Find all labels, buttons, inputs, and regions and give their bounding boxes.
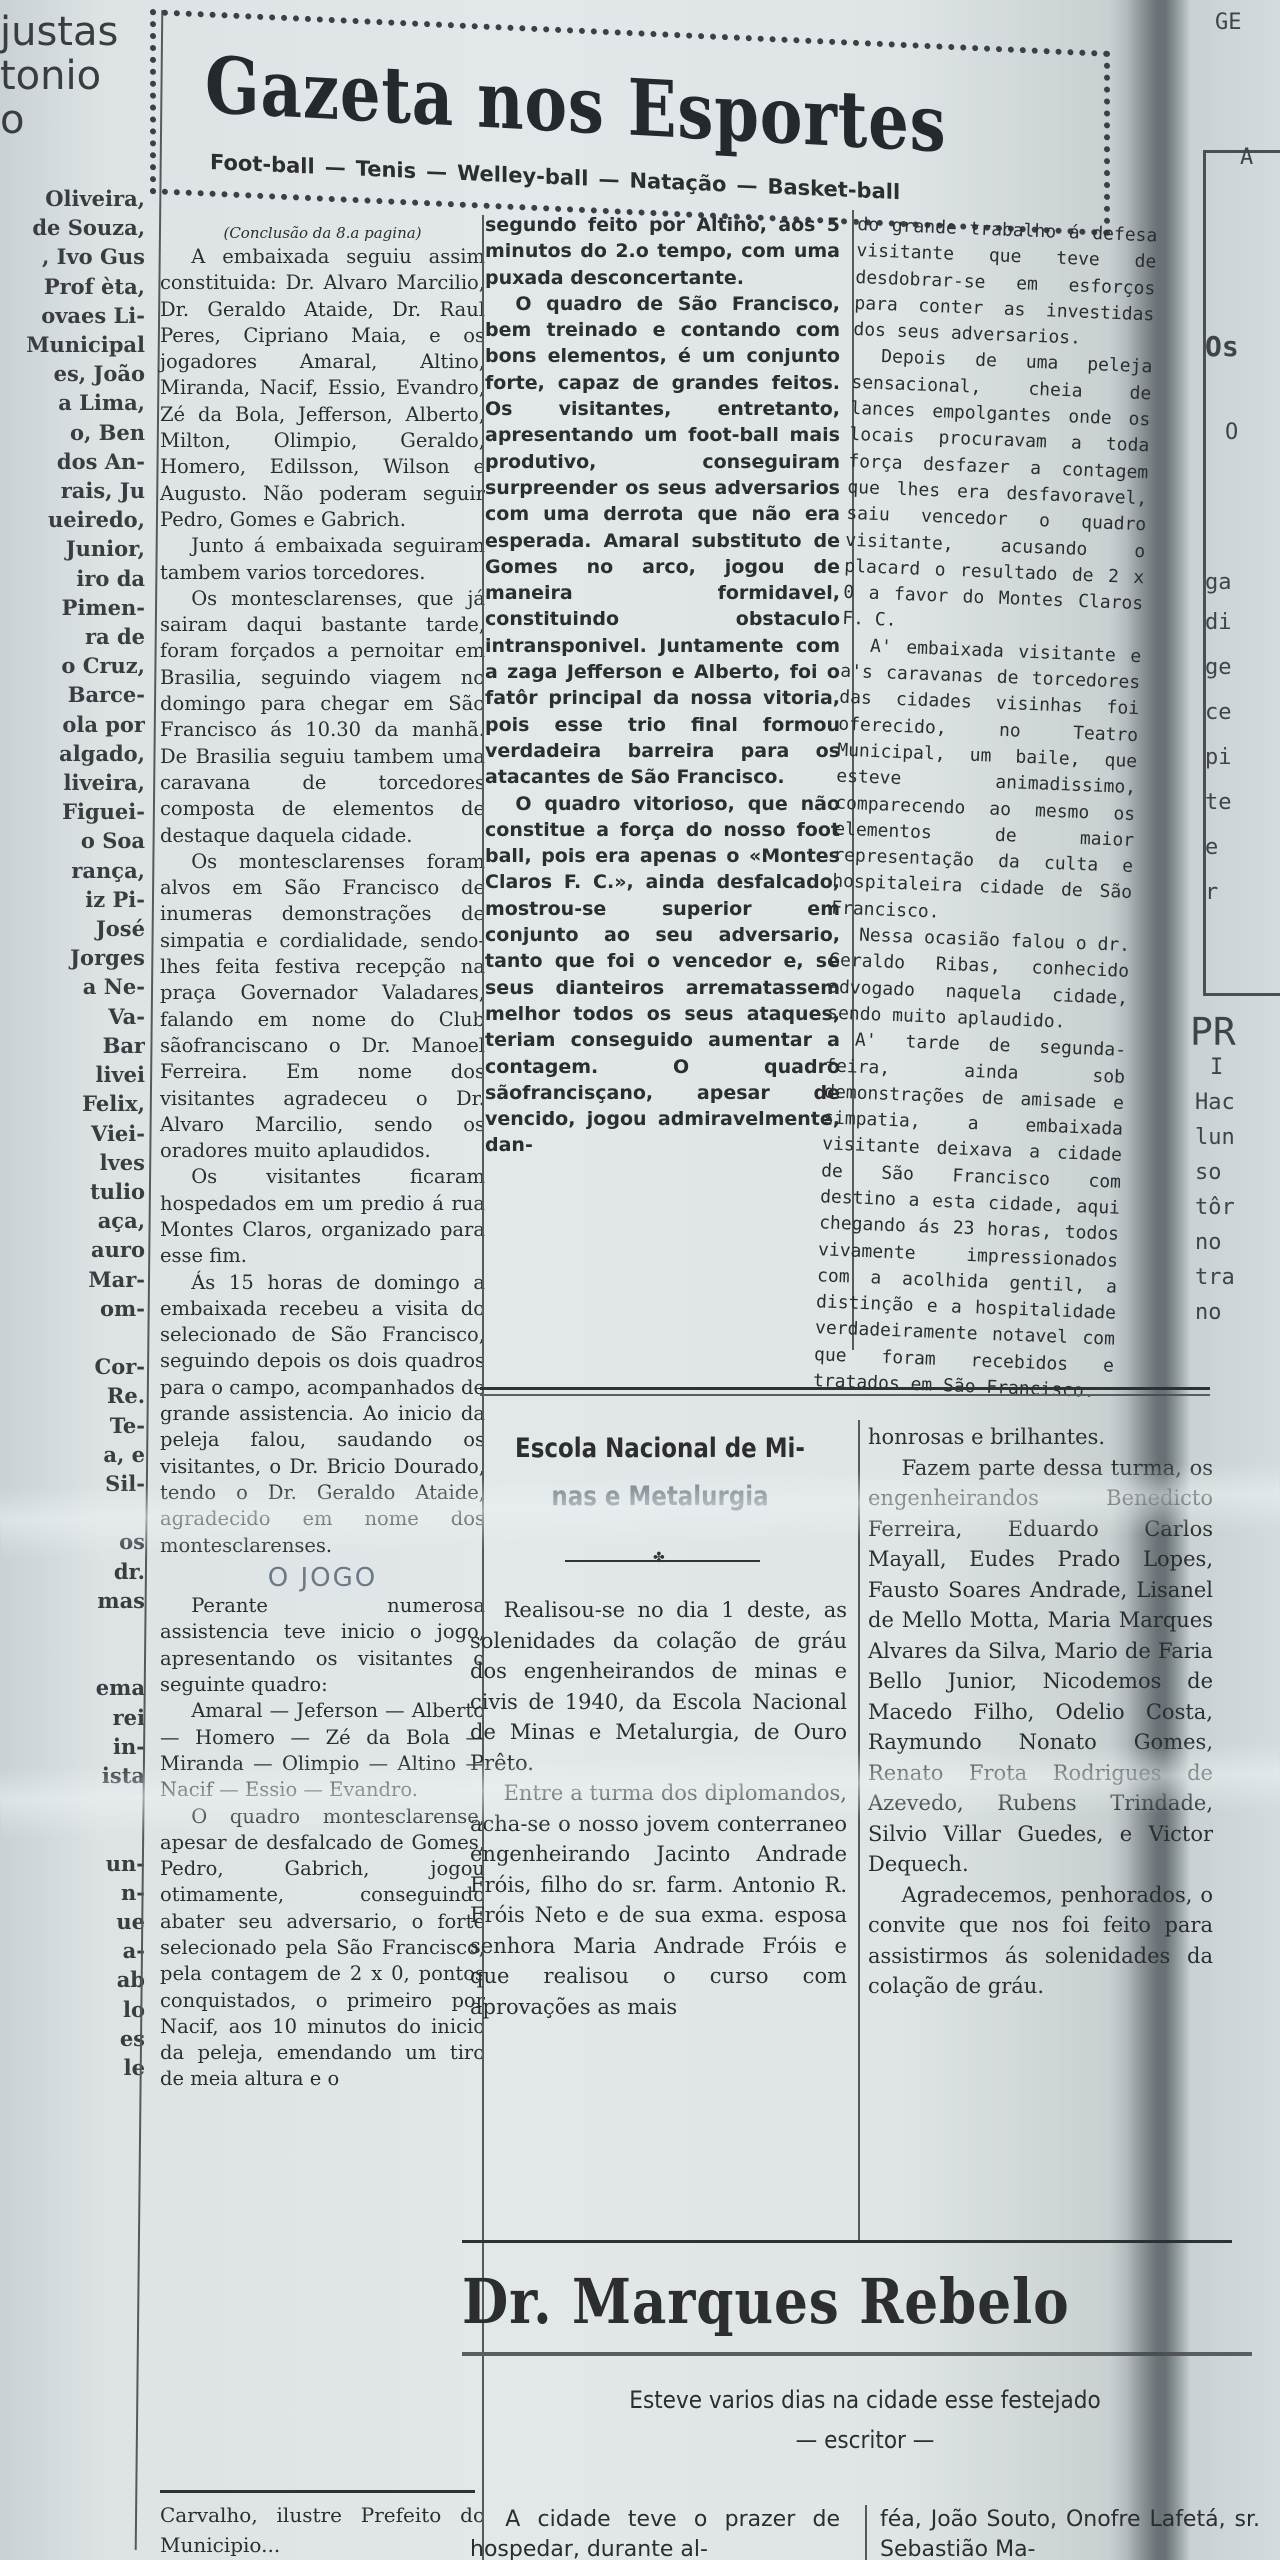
subheading-o-jogo: O JOGO [160, 1565, 485, 1591]
rebelo-col-2: féa, João Souto, Onofre Lafetá, sr. Seba… [880, 2505, 1260, 2560]
divider [462, 2352, 1252, 2356]
text-fragment: de Souza, [0, 213, 145, 242]
text-fragment: e [1205, 835, 1218, 860]
separator: — [736, 173, 757, 198]
text-fragment: te [1205, 790, 1232, 815]
text-fragment: José [0, 914, 145, 943]
text-fragment: pi [1205, 745, 1232, 770]
text-fragment: a Ne- [0, 972, 145, 1001]
paragraph: Entre a turma dos diplomandos, acha-se o… [470, 1778, 847, 2022]
masthead: Gazeta nos Esportes Foot-ball—Tenis—Well… [150, 30, 1110, 215]
separator: — [325, 155, 346, 180]
paragraph: Os montesclarenses foram alvos em São Fr… [160, 849, 485, 1165]
divider [480, 1394, 1210, 1396]
paragraph: Fazem parte dessa turma, os engenheirand… [868, 1453, 1213, 1880]
text-fragment: di [1205, 610, 1232, 635]
text-fragment: Bar [0, 1031, 145, 1060]
paragraph: Os montesclarenses, que já sairam daqui … [160, 586, 485, 849]
divider [480, 1387, 1210, 1390]
text-fragment: a Lima, [0, 388, 145, 417]
paragraph: Nessa ocasião falou o dr. Geraldo Ribas,… [827, 921, 1131, 1038]
paragraph: Depois de uma peleja sensacional, cheia … [842, 343, 1153, 644]
paragraph: A embaixada seguiu assim constituida: Dr… [160, 244, 485, 533]
paragraph: segundo feito por Altino, aos 5 minutos … [485, 212, 840, 291]
column-rule [858, 1420, 860, 2240]
paragraph: A' embaixada visitante e a's caravanas d… [831, 632, 1142, 933]
text-fragment: Junior, [0, 534, 145, 563]
sport-label: Tenis [356, 156, 416, 183]
text-fragment: ema [0, 1673, 145, 1702]
escola-article-col-1: Realisou-se no dia 1 deste, as solenidad… [470, 1595, 847, 2022]
text-fragment: algado, [0, 739, 145, 768]
text-fragment: lves [0, 1148, 145, 1177]
paragraph: Ás 15 horas de domingo a embaixada receb… [160, 1270, 485, 1559]
text-fragment: ola por [0, 710, 145, 739]
adjacent-page-fragment: GEAOsOgadigecepiteerPRIHaclunsotôrnotran… [1185, 0, 1280, 1500]
text-fragment: PR [1190, 1010, 1236, 1054]
text-fragment: livei [0, 1060, 145, 1089]
text-fragment: ovaes Li- [0, 301, 145, 330]
text-fragment: Viei- [0, 1119, 145, 1148]
paragraph: Agradecemos, penhorados, o convite que n… [868, 1880, 1213, 2002]
text-fragment: un- [0, 1849, 145, 1878]
sport-label: Foot-ball [210, 150, 315, 179]
text-fragment [0, 1819, 145, 1848]
column-rule [865, 2505, 867, 2560]
text-fragment: tra [1195, 1265, 1235, 1290]
text-fragment: O [1225, 420, 1238, 445]
next-article-fragment: Carvalho, ilustre Prefeito do Municipio.… [160, 2500, 485, 2560]
text-fragment: rança, [0, 856, 145, 885]
text-fragment: os [0, 1527, 145, 1556]
article-body: A embaixada seguiu assim constituida: Dr… [160, 244, 485, 1559]
text-fragment: tôr [1195, 1195, 1235, 1220]
text-fragment: ueiredo, [0, 505, 145, 534]
text-fragment: auro [0, 1235, 145, 1264]
text-fragment: Figuei- [0, 797, 145, 826]
text-fragment: Municipal [0, 330, 145, 359]
text-fragment: aça, [0, 1206, 145, 1235]
text-fragment: no [1195, 1300, 1222, 1325]
text-fragment: liveira, [0, 768, 145, 797]
text-fragment: o Soa [0, 826, 145, 855]
article-column-3: do grande trabalho á defesa visitante qu… [813, 212, 1158, 1406]
text-fragment: in- [0, 1732, 145, 1761]
text-fragment: ga [1205, 570, 1232, 595]
text-fragment: , Ivo Gus [0, 242, 145, 271]
text-fragment: a, e [0, 1440, 145, 1469]
text-fragment: Re. [0, 1381, 145, 1410]
text-fragment: ue [0, 1907, 145, 1936]
paragraph: Perante numerosa assistencia teve inicio… [160, 1593, 485, 1698]
rebelo-headline: Dr. Marques Rebelo [462, 2265, 1159, 2338]
paragraph: A' tarde de segunda-feira, ainda sob dem… [813, 1027, 1127, 1406]
text-fragment: ce [1205, 700, 1232, 725]
paragraph: O quadro montesclarense, apesar de desfa… [160, 1804, 485, 2093]
separator: — [598, 167, 619, 192]
text-fragment [0, 1323, 145, 1352]
article-body-2: Perante numerosa assistencia teve inicio… [160, 1593, 485, 2093]
text-fragment: om- [0, 1294, 145, 1323]
paragraph: Junto á embaixada seguiram tambem varios… [160, 533, 485, 586]
text-fragment: Mar- [0, 1265, 145, 1294]
paragraph: do grande trabalho á defesa visitante qu… [853, 212, 1158, 355]
escola-headline: Escola Nacional de Mi- nas e Metalurgia [499, 1425, 822, 1521]
separator: — [426, 159, 447, 184]
continuation-note: (Conclusão da 8.a pagina) [160, 222, 485, 244]
left-headline-fragment: justas tonio o [0, 10, 145, 142]
text-fragment: ge [1205, 655, 1232, 680]
article-column-1: (Conclusão da 8.a pagina) A embaixada se… [160, 222, 485, 2093]
text-fragment: Pimen- [0, 593, 145, 622]
text-fragment: Hac [1195, 1090, 1235, 1115]
ornament-divider [565, 1560, 760, 1566]
text-fragment: dos An- [0, 447, 145, 476]
text-fragment: no [1195, 1230, 1222, 1255]
text-fragment: n- [0, 1878, 145, 1907]
text-fragment [0, 1790, 145, 1819]
text-fragment: es [0, 2024, 145, 2053]
text-fragment: a- [0, 1936, 145, 1965]
text-fragment: GE [1215, 10, 1242, 35]
text-fragment: iz Pi- [0, 885, 145, 914]
rebelo-col-1: A cidade teve o prazer de hospedar, dura… [470, 2505, 840, 2560]
paragraph: O quadro vitorioso, que não constitue a … [485, 791, 840, 1159]
text-fragment: rais, Ju [0, 476, 145, 505]
text-fragment: Prof èta, [0, 272, 145, 301]
paragraph: Os visitantes ficaram hospedados em um p… [160, 1164, 485, 1269]
text-fragment: le [0, 2053, 145, 2082]
text-fragment: ista [0, 1761, 145, 1790]
text-fragment: Te- [0, 1411, 145, 1440]
newspaper-page: justas tonio o Oliveira,de Souza,, Ivo G… [0, 0, 1280, 2560]
text-fragment: so [1195, 1160, 1222, 1185]
text-fragment: iro da [0, 564, 145, 593]
left-column-fragment: justas tonio o Oliveira,de Souza,, Ivo G… [0, 10, 145, 2550]
divider [462, 2240, 1232, 2243]
text-fragment: es, João [0, 359, 145, 388]
text-fragment: o Cruz, [0, 651, 145, 680]
escola-article-col-2: honrosas e brilhantes.Fazem parte dessa … [868, 1422, 1213, 2002]
text-fragment: lo [0, 1995, 145, 2024]
text-fragment: mas [0, 1586, 145, 1615]
paragraph: Realisou-se no dia 1 deste, as solenidad… [470, 1595, 847, 1778]
sport-label: Natação [629, 168, 726, 196]
text-fragment: Sil- [0, 1469, 145, 1498]
text-fragment [0, 1644, 145, 1673]
left-text-fragments: Oliveira,de Souza,, Ivo GusProf èta,ovae… [0, 184, 145, 2082]
divider [160, 2490, 475, 2493]
text-fragment: Felix, [0, 1089, 145, 1118]
text-fragment: A [1240, 145, 1253, 170]
text-fragment: Cor- [0, 1352, 145, 1381]
text-fragment [0, 1498, 145, 1527]
paragraph: Amaral — Jeferson — Alberto — Homero — Z… [160, 1698, 485, 1803]
text-fragment: I [1210, 1055, 1223, 1080]
text-fragment: rei [0, 1703, 145, 1732]
text-fragment: Oliveira, [0, 184, 145, 213]
text-fragment: Barce- [0, 680, 145, 709]
article-column-2: segundo feito por Altino, aos 5 minutos … [485, 212, 840, 1159]
text-fragment: ra de [0, 622, 145, 651]
text-fragment: Os [1205, 330, 1239, 363]
text-fragment: ab [0, 1965, 145, 1994]
text-fragment: Va- [0, 1002, 145, 1031]
text-fragment: dr. [0, 1557, 145, 1586]
text-fragment: o, Ben [0, 418, 145, 447]
rebelo-subheadline: Esteve varios dias na cidade esse festej… [510, 2380, 1221, 2460]
text-fragment: r [1205, 880, 1218, 905]
paragraph: O quadro de São Francisco, bem treinado … [485, 291, 840, 791]
text-fragment: lun [1195, 1125, 1235, 1150]
text-fragment: Jorges [0, 943, 145, 972]
text-fragment: tulio [0, 1177, 145, 1206]
paragraph: honrosas e brilhantes. [868, 1422, 1213, 1453]
text-fragment [0, 1615, 145, 1644]
